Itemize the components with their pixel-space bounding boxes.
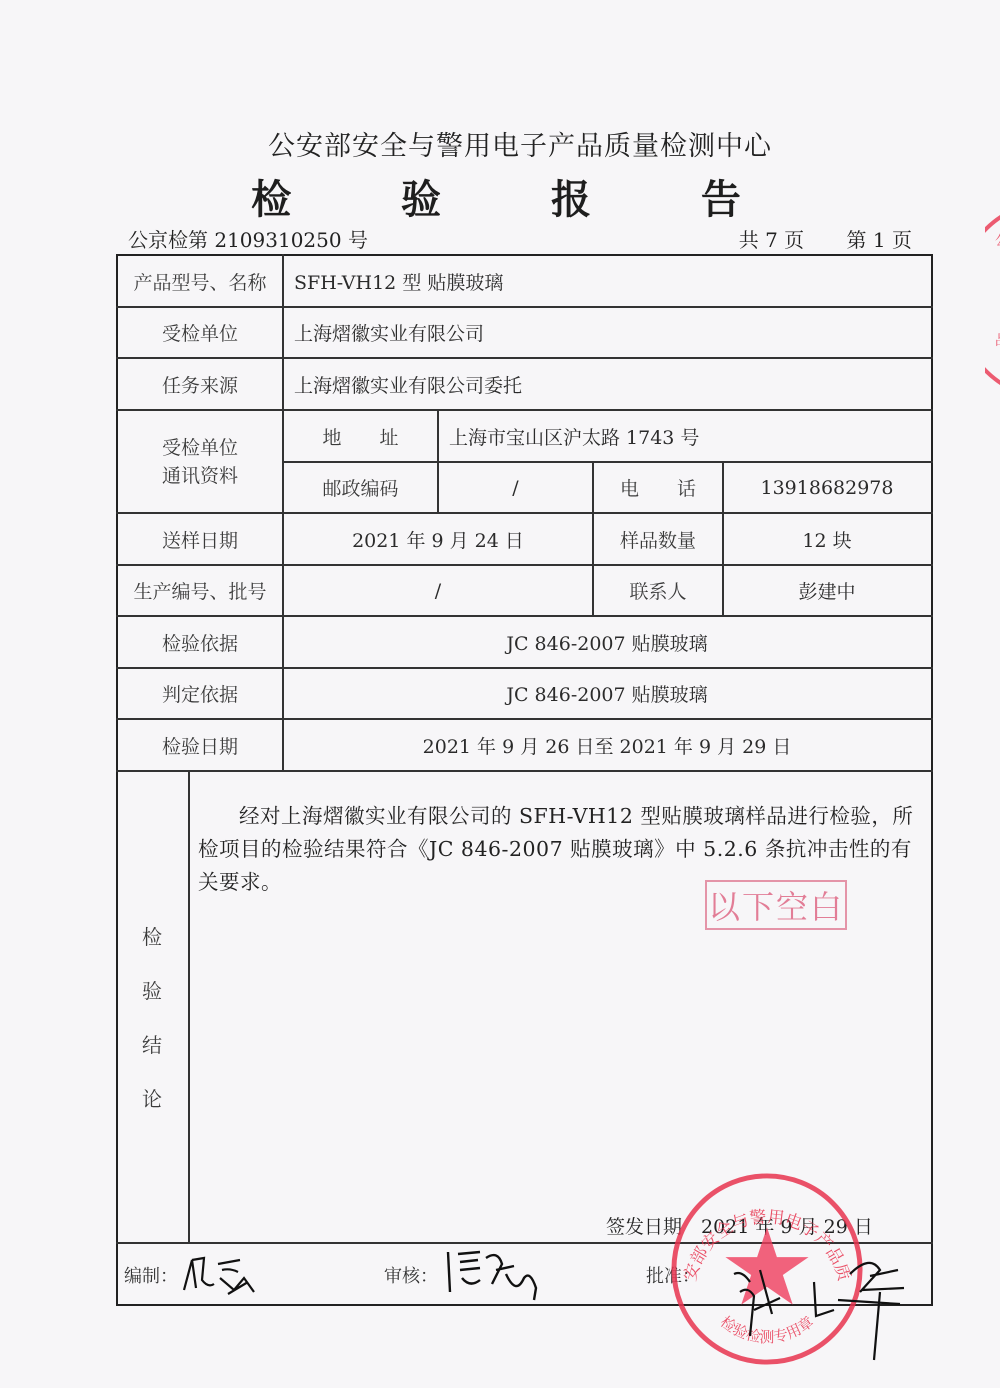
contact-person-label: 联系人 <box>594 566 722 615</box>
conclusion-label-char: 检 <box>140 910 164 964</box>
delivery-date-label: 送样日期 <box>118 514 282 564</box>
contact-info-label: 受检单位 通讯资料 <box>118 411 282 512</box>
inspection-date-label: 检验日期 <box>118 720 282 770</box>
judgment-basis-label: 判定依据 <box>118 669 282 718</box>
task-source-value: 上海熠徽实业有限公司委托 <box>284 359 924 409</box>
inspected-unit-value: 上海熠徽实业有限公司 <box>284 308 924 357</box>
contact-info-label-line2: 通讯资料 <box>162 462 238 490</box>
postcode-label: 邮政编码 <box>284 463 437 512</box>
blank-below-stamp: 以下空白 <box>705 880 847 930</box>
address-value: 上海市宝山区沪太路 1743 号 <box>439 411 929 461</box>
report-number: 公京检第 2109310250 号 <box>128 224 368 253</box>
approved-signature-icon <box>720 1240 920 1370</box>
address-label: 地 址 <box>284 411 437 461</box>
delivery-date-value: 2021 年 9 月 24 日 <box>284 514 592 564</box>
sample-quantity-label: 样品数量 <box>594 514 722 564</box>
inspected-unit-label: 受检单位 <box>118 308 282 357</box>
contact-info-label-line1: 受检单位 <box>162 434 238 462</box>
batch-number-label: 生产编号、批号 <box>118 566 282 615</box>
sample-quantity-value: 12 块 <box>724 514 930 564</box>
inspection-report-page: 公安部安全与警用电子产品质量检测中心 检 验 报 告 公京检第 21093102… <box>0 0 1000 1388</box>
compiled-signature-icon <box>178 1250 273 1300</box>
page-info: 共 7 页 第 1 页 <box>739 224 912 253</box>
inspection-basis-label: 检验依据 <box>118 617 282 667</box>
row-divider <box>116 770 933 772</box>
compiled-by-label: 编制： <box>124 1262 178 1288</box>
batch-number-value: / <box>284 566 592 615</box>
report-title: 检 验 报 告 <box>0 168 1000 225</box>
inspection-date-value: 2021 年 9 月 26 日至 2021 年 9 月 29 日 <box>284 720 930 770</box>
product-value: SFH-VH12 型 贴膜玻璃 <box>284 256 924 306</box>
conclusion-label-char: 验 <box>140 964 164 1018</box>
total-pages: 共 7 页 <box>739 228 804 252</box>
product-label: 产品型号、名称 <box>118 256 282 306</box>
inspection-basis-value: JC 846-2007 贴膜玻璃 <box>284 617 930 667</box>
task-source-label: 任务来源 <box>118 359 282 409</box>
svg-text:品: 品 <box>995 333 1000 349</box>
page-edge-seal-icon: 公 品 <box>985 205 1000 395</box>
phone-value: 13918682978 <box>724 463 930 512</box>
conclusion-label: 检 验 结 论 <box>140 910 164 1126</box>
organization-title: 公安部安全与警用电子产品质量检测中心 <box>0 124 1000 163</box>
contact-person-value: 彭建中 <box>724 566 930 615</box>
conclusion-label-char: 结 <box>140 1018 164 1072</box>
judgment-basis-value: JC 846-2007 贴膜玻璃 <box>284 669 930 718</box>
phone-label: 电 话 <box>594 463 722 512</box>
reviewed-by-label: 审核： <box>384 1262 438 1288</box>
conclusion-label-char: 论 <box>140 1072 164 1126</box>
svg-text:公: 公 <box>995 233 1000 249</box>
current-page: 第 1 页 <box>847 228 912 252</box>
column-divider <box>188 770 190 1242</box>
reviewed-signature-icon <box>440 1244 550 1306</box>
postcode-value: / <box>439 463 592 512</box>
